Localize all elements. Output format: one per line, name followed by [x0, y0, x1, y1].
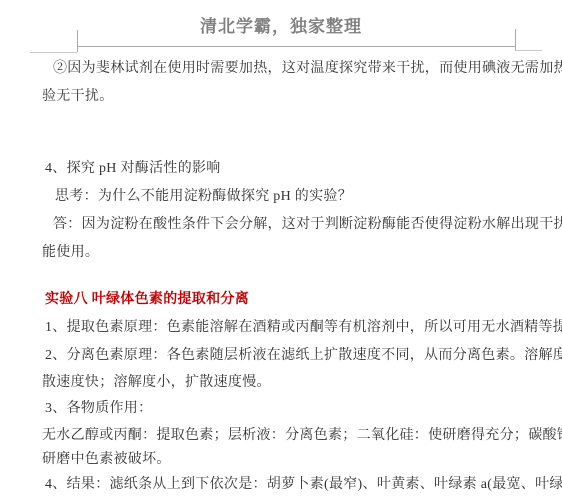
experiment8-item3-detail-2: 研磨中色素被破坏。: [42, 451, 171, 469]
ph-think-question: 思考：为什么不能用淀粉酶做探究 pH 的实验？: [55, 188, 352, 206]
experiment8-item3: 3、各物质作用：: [45, 400, 152, 418]
experiment8-title: 实验八 叶绿体色素的提取和分离: [45, 291, 249, 309]
page-header-title: 清北学霸，独家整理: [0, 12, 562, 37]
right-margin-tick: [515, 29, 516, 51]
right-margin-stub: [515, 50, 542, 51]
experiment8-item1: 1、提取色素原理：色素能溶解在酒精或丙酮等有机溶剂中，所以可用无水酒精等提取色素…: [45, 319, 562, 337]
ph-answer-line-2: 能使用。: [42, 244, 99, 262]
fehling-note-line-2: 验无干扰。: [42, 88, 114, 106]
left-margin-stub: [30, 52, 77, 53]
experiment8-item2-line-2: 散速度快；溶解度小，扩散速度慢。: [42, 374, 271, 392]
left-margin-tick: [77, 30, 78, 52]
experiment8-item3-detail-1: 无水乙醇或丙酮：提取色素；层析液：分离色素；二氧化硅：使研磨得充分；碳酸钙：防止: [42, 427, 562, 445]
fehling-note-line-1: ②因为斐林试剂在使用时需要加热，这对温度探究带来干扰，而使用碘液无需加热，对实: [53, 60, 562, 78]
header-boundary-line: [77, 46, 516, 47]
experiment8-item4: 4、结果：滤纸条从上到下依次是：胡萝卜素(最窄)、叶黄素、叶绿素 a(最宽、叶绿…: [45, 476, 562, 494]
ph-answer-line-1: 答：因为淀粉在酸性条件下会分解，这对于判断淀粉酶能否使得淀粉水解出现干扰。故不: [53, 216, 562, 234]
experiment8-item2-line-1: 2、分离色素原理：各色素随层析液在滤纸上扩散速度不同，从而分离色素。溶解度大，扩: [45, 347, 562, 365]
document-page: 清北学霸，独家整理 ②因为斐林试剂在使用时需要加热，这对温度探究带来干扰，而使用…: [0, 0, 562, 496]
ph-section-heading: 4、探究 pH 对酶活性的影响: [45, 160, 221, 178]
